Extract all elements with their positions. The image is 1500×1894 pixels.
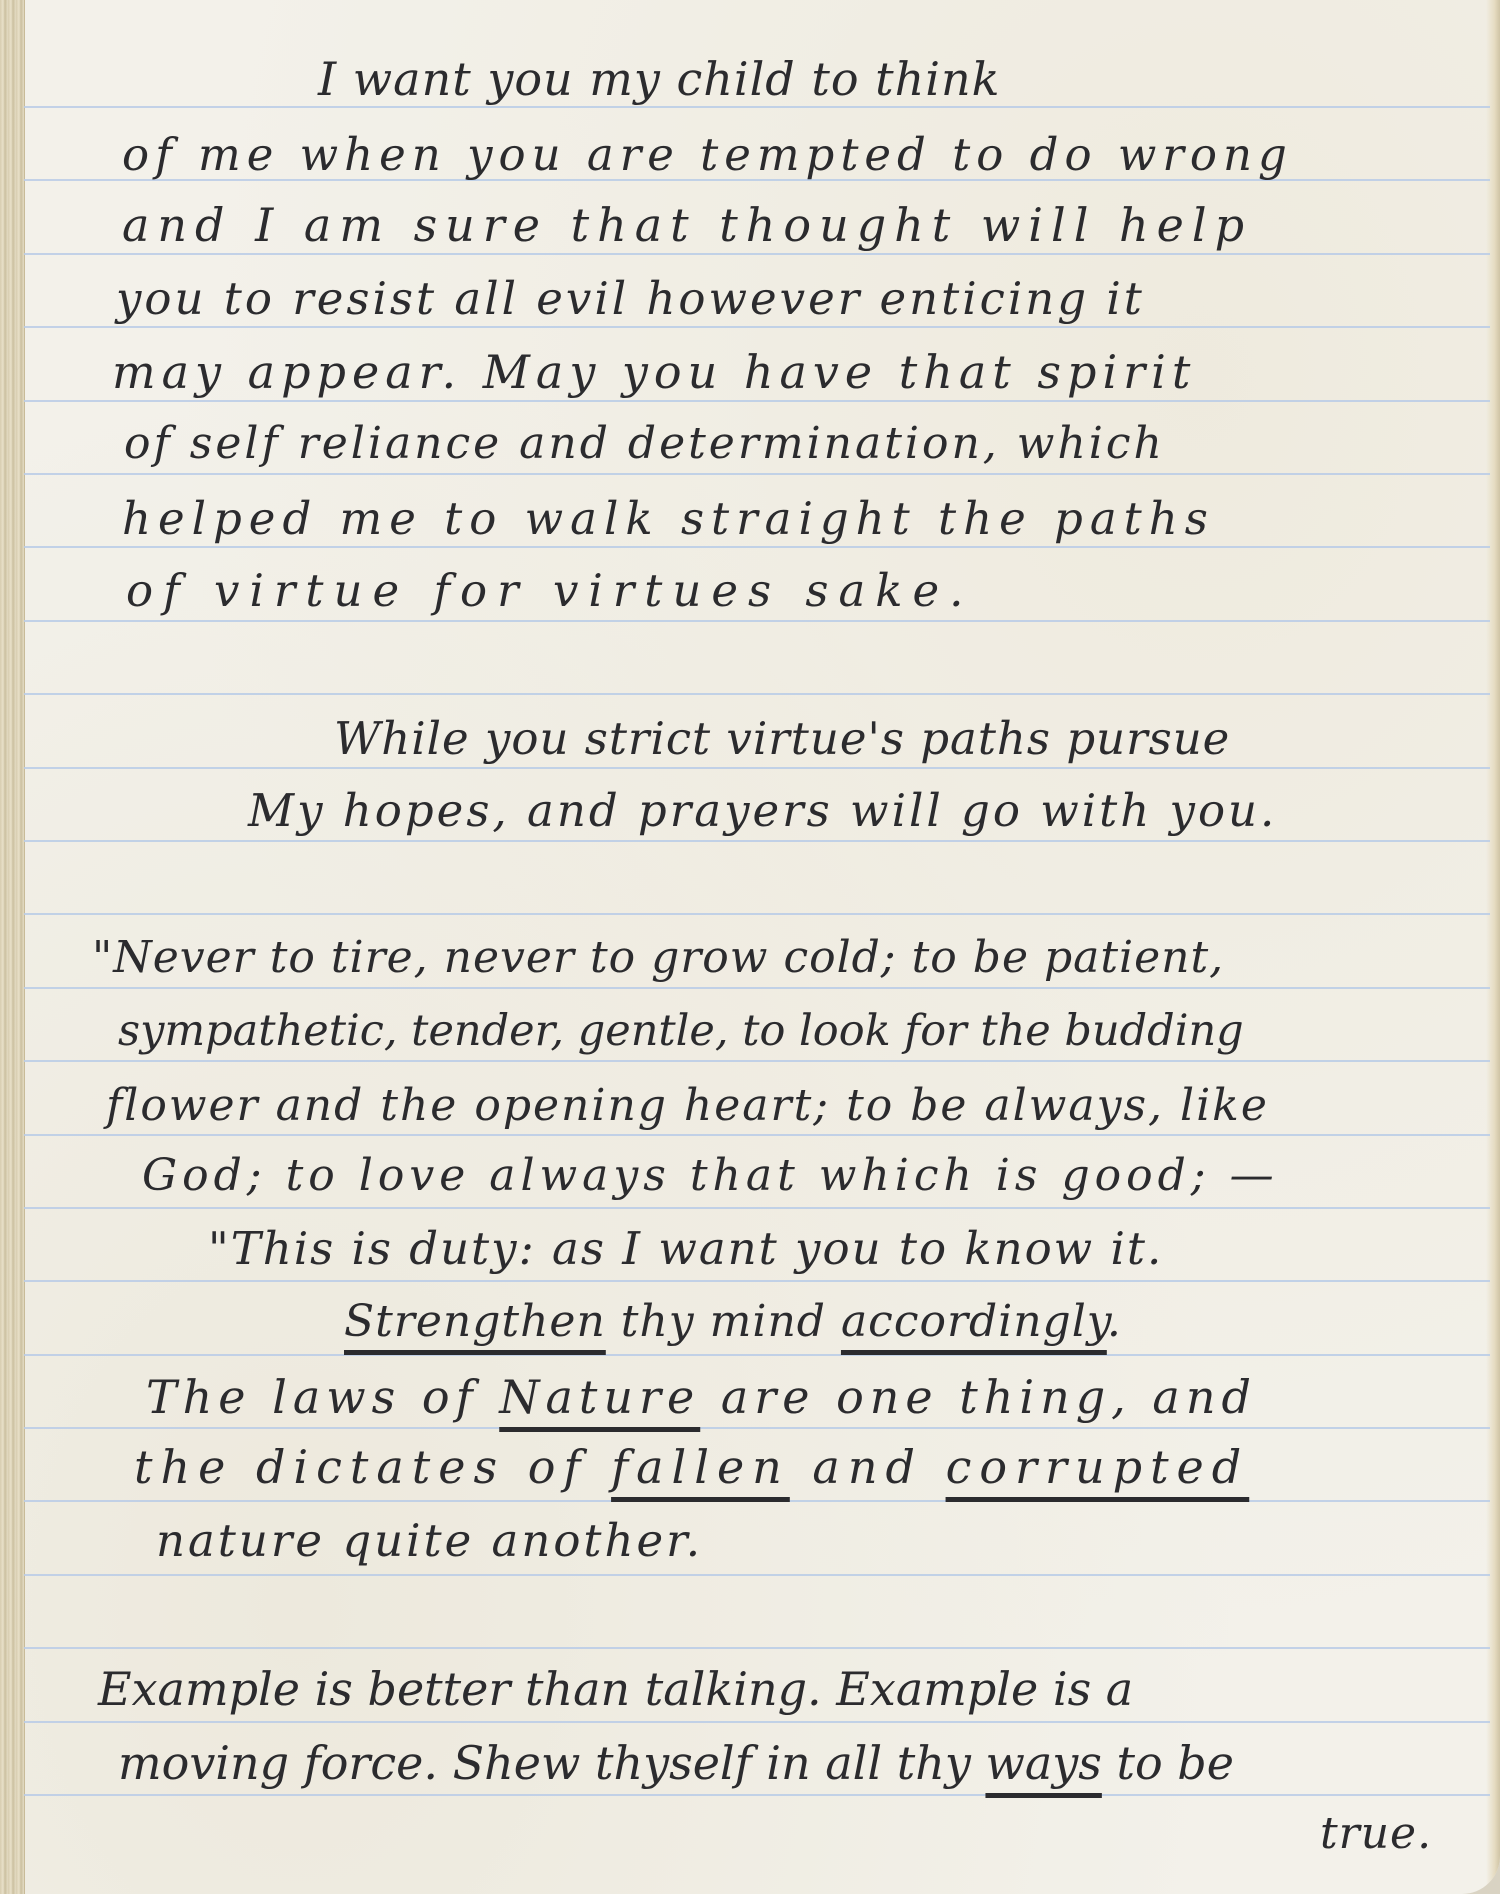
ruled-line	[24, 1354, 1490, 1356]
ruled-line	[24, 1134, 1490, 1136]
underlined-word: corrupted	[946, 1440, 1250, 1494]
text-line: I want you my child to think	[318, 52, 1001, 106]
underlined-word: Strengthen	[344, 1296, 606, 1347]
ruled-line	[24, 1280, 1490, 1282]
ruled-line	[24, 253, 1490, 255]
text-line: the dictates of fallen and corrupted	[134, 1440, 1249, 1494]
ruled-line	[24, 546, 1490, 548]
text-line: moving force. Shew thyself in all thy wa…	[118, 1736, 1234, 1790]
text-line: "Never to tire, never to grow cold; to b…	[92, 932, 1224, 983]
text-line: and I am sure that thought will help	[122, 198, 1252, 252]
text-line: Strengthen thy mind accordingly.	[344, 1296, 1122, 1347]
text-line: of me when you are tempted to do wrong	[122, 128, 1293, 181]
ruled-line	[24, 1721, 1490, 1723]
ruled-line	[24, 1500, 1490, 1502]
ruled-line	[24, 1574, 1490, 1576]
underlined-word: Nature	[499, 1370, 700, 1424]
text-line: of self reliance and determination, whic…	[124, 418, 1165, 469]
text-line: God; to love always that which is good; …	[142, 1150, 1279, 1201]
ruled-line	[24, 400, 1490, 402]
underlined-word: ways	[985, 1736, 1101, 1790]
text-line: The laws of Nature are one thing, and	[146, 1370, 1257, 1424]
ruled-line	[24, 1207, 1490, 1209]
text-line: of virtue for virtues sake.	[126, 564, 974, 617]
ruled-line	[24, 473, 1490, 475]
text-line: While you strict virtue's paths pursue	[334, 712, 1230, 765]
ruled-line	[24, 1427, 1490, 1429]
ruled-line	[24, 1794, 1490, 1796]
ruled-line	[24, 326, 1490, 328]
ruled-line	[24, 1060, 1490, 1062]
ruled-line	[24, 1647, 1490, 1649]
text-line: true.	[1320, 1808, 1432, 1859]
text-line: nature quite another.	[156, 1514, 703, 1567]
ruled-line	[24, 106, 1490, 108]
page-binding-edge	[0, 0, 25, 1894]
text-line: helped me to walk straight the paths	[122, 492, 1215, 545]
underlined-word: accordingly	[841, 1296, 1107, 1347]
text-line: may appear. May you have that spirit	[112, 345, 1196, 399]
text-line: flower and the opening heart; to be alwa…	[106, 1080, 1269, 1131]
ruled-line	[24, 767, 1490, 769]
text-line: "This is duty: as I want you to know it.	[208, 1222, 1163, 1275]
text-line: you to resist all evil however enticing …	[116, 272, 1145, 325]
page-right-edge	[1486, 0, 1500, 1894]
ruled-line	[24, 693, 1490, 695]
text-line: sympathetic, tender, gentle, to look for…	[118, 1006, 1244, 1056]
ruled-line	[24, 620, 1490, 622]
text-line: My hopes, and prayers will go with you.	[248, 784, 1277, 837]
ruled-line	[24, 987, 1490, 989]
text-line: Example is better than talking. Example …	[98, 1662, 1133, 1716]
ruled-line	[24, 913, 1490, 915]
underlined-word: fallen	[611, 1440, 790, 1494]
ruled-line	[24, 840, 1490, 842]
notebook-page: I want you my child to think of me when …	[0, 0, 1500, 1894]
